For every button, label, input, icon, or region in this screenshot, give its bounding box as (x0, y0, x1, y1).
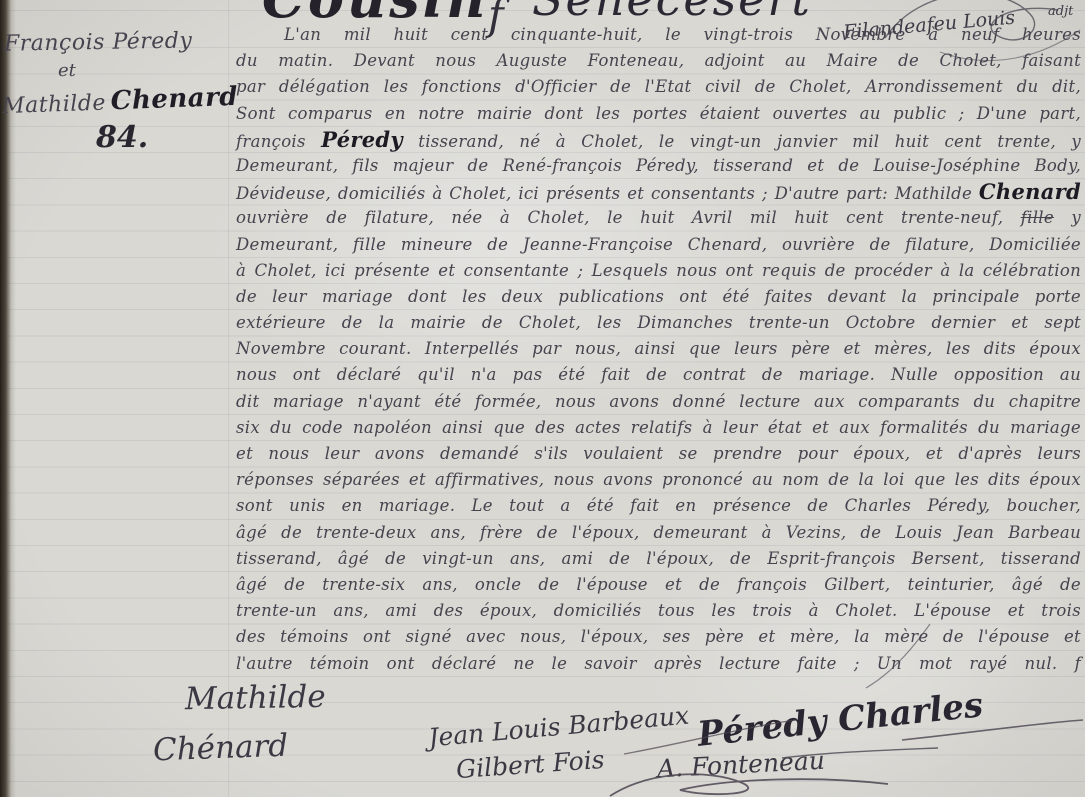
signature-official-fonteneau: A. Fonteneau (656, 746, 825, 784)
text-segment: y (1054, 208, 1081, 227)
text-segment: françois (236, 132, 321, 151)
margin-groom-name: François Péredy (4, 28, 193, 56)
text-segment: des témoins ont signé avec nous, l'époux… (236, 627, 1081, 646)
manuscript-line: Sont comparus en notre mairie dont les p… (236, 101, 1081, 127)
manuscript-line: âgé de trente-six ans, oncle de l'épouse… (236, 572, 1081, 598)
text-segment: Demeurant, fils majeur de René-françois … (236, 156, 1081, 175)
text-segment: ouvrière de filature, née à Cholet, le h… (236, 208, 1021, 227)
top-annotation-superscript: adjt (1048, 4, 1073, 19)
manuscript-lines: L'an mil huit cent cinquante-huit, le vi… (236, 22, 1081, 677)
text-segment: nous ont déclaré qu'il n'a pas été fait … (236, 365, 1081, 384)
text-segment: Sont comparus en notre mairie dont les p… (236, 104, 1081, 123)
text-segment: sont unis en mariage. Le tout a été fait… (236, 496, 1081, 515)
text-segment: âgé de trente-six ans, oncle de l'épouse… (236, 575, 1081, 594)
manuscript-line: l'autre témoin ont déclaré ne le savoir … (236, 651, 1081, 677)
manuscript-line: dit mariage n'ayant été formée, nous avo… (236, 389, 1081, 415)
text-segment: L'an mil huit cent cinquante-huit, le vi… (284, 25, 1081, 44)
text-segment: six du code napoléon ainsi que des actes… (236, 418, 1081, 437)
manuscript-line: L'an mil huit cent cinquante-huit, le vi… (236, 22, 1081, 48)
text-segment: et nous leur avons demandé s'ils voulaie… (236, 444, 1081, 463)
manuscript-line: sont unis en mariage. Le tout a été fait… (236, 493, 1081, 519)
text-segment: Dévideuse, domiciliés à Cholet, ici prés… (236, 184, 979, 203)
manuscript-line: tisserand, âgé de vingt-un ans, ami de l… (236, 546, 1081, 572)
signature-bride-last: Chénard (152, 728, 288, 769)
struck-word: fille (1021, 208, 1054, 227)
manuscript-page: Cousin f Senecesert Filandeafeu Louis ad… (0, 0, 1085, 797)
act-number: 84. (96, 120, 148, 155)
text-segment: trente-un ans, ami des époux, domiciliés… (236, 601, 1081, 620)
text-segment: à Cholet, ici présente et consentante ; … (236, 261, 1081, 280)
margin-bride-name: Mathilde Chenard (2, 82, 239, 120)
margin-crease-line (228, 0, 229, 797)
manuscript-line: six du code napoléon ainsi que des actes… (236, 415, 1081, 441)
text-segment: âgé de trente-deux ans, frère de l'époux… (236, 523, 1081, 542)
manuscript-line: du matin. Devant nous Auguste Fonteneau,… (236, 48, 1081, 74)
margin-bride-last: Chenard (110, 82, 238, 116)
text-segment: dit mariage n'ayant été formée, nous avo… (236, 392, 1081, 411)
text-segment: Demeurant, fille mineure de Jeanne-Franç… (236, 235, 1081, 254)
signature-bride-first: Mathilde (185, 679, 326, 717)
manuscript-line: Dévideuse, domiciliés à Cholet, ici prés… (236, 179, 1081, 205)
signature-witness-gilbert: Gilbert Fois (455, 745, 605, 784)
text-segment: réponses séparées et affirmatives, nous … (236, 470, 1081, 489)
manuscript-line: et nous leur avons demandé s'ils voulaie… (236, 441, 1081, 467)
manuscript-line: réponses séparées et affirmatives, nous … (236, 467, 1081, 493)
text-segment: extérieure de la mairie de Cholet, les D… (236, 313, 1081, 332)
text-segment: Novembre courant. Interpellés par nous, … (236, 339, 1081, 358)
manuscript-line: françois Péredy tisserand, né à Cholet, … (236, 127, 1081, 153)
text-segment: par délégation les fonctions d'Officier … (236, 77, 1081, 96)
manuscript-line: nous ont déclaré qu'il n'a pas été fait … (236, 362, 1081, 388)
manuscript-line: âgé de trente-deux ans, frère de l'époux… (236, 520, 1081, 546)
manuscript-line: Demeurant, fils majeur de René-françois … (236, 153, 1081, 179)
manuscript-line: à Cholet, ici présente et consentante ; … (236, 258, 1081, 284)
emphasized-name: Péredy (321, 127, 403, 152)
signature-witness-barbeau: Jean Louis Barbeaux (427, 701, 690, 753)
manuscript-line: Novembre courant. Interpellés par nous, … (236, 336, 1081, 362)
emphasized-name: Chenard (979, 179, 1081, 204)
manuscript-line: par délégation les fonctions d'Officier … (236, 74, 1081, 100)
manuscript-line: Demeurant, fille mineure de Jeanne-Franç… (236, 232, 1081, 258)
text-segment: l'autre témoin ont déclaré ne le savoir … (236, 654, 1081, 673)
margin-bride-first: Mathilde (2, 91, 107, 120)
text-segment: tisserand, âgé de vingt-un ans, ami de l… (236, 549, 1081, 568)
manuscript-line: de leur mariage dont les deux publicatio… (236, 284, 1081, 310)
manuscript-line: ouvrière de filature, née à Cholet, le h… (236, 205, 1081, 231)
margin-conjunction: et (58, 60, 76, 81)
manuscript-line: extérieure de la mairie de Cholet, les D… (236, 310, 1081, 336)
signature-witness-peredy: Péredy Charles (696, 685, 985, 755)
text-segment: de leur mariage dont les deux publicatio… (236, 287, 1081, 306)
manuscript-line: des témoins ont signé avec nous, l'époux… (236, 624, 1081, 650)
text-segment: tisserand, né à Cholet, le vingt-un janv… (403, 132, 1081, 151)
manuscript-line: trente-un ans, ami des époux, domiciliés… (236, 598, 1081, 624)
text-segment: du matin. Devant nous Auguste Fonteneau,… (236, 51, 1081, 70)
